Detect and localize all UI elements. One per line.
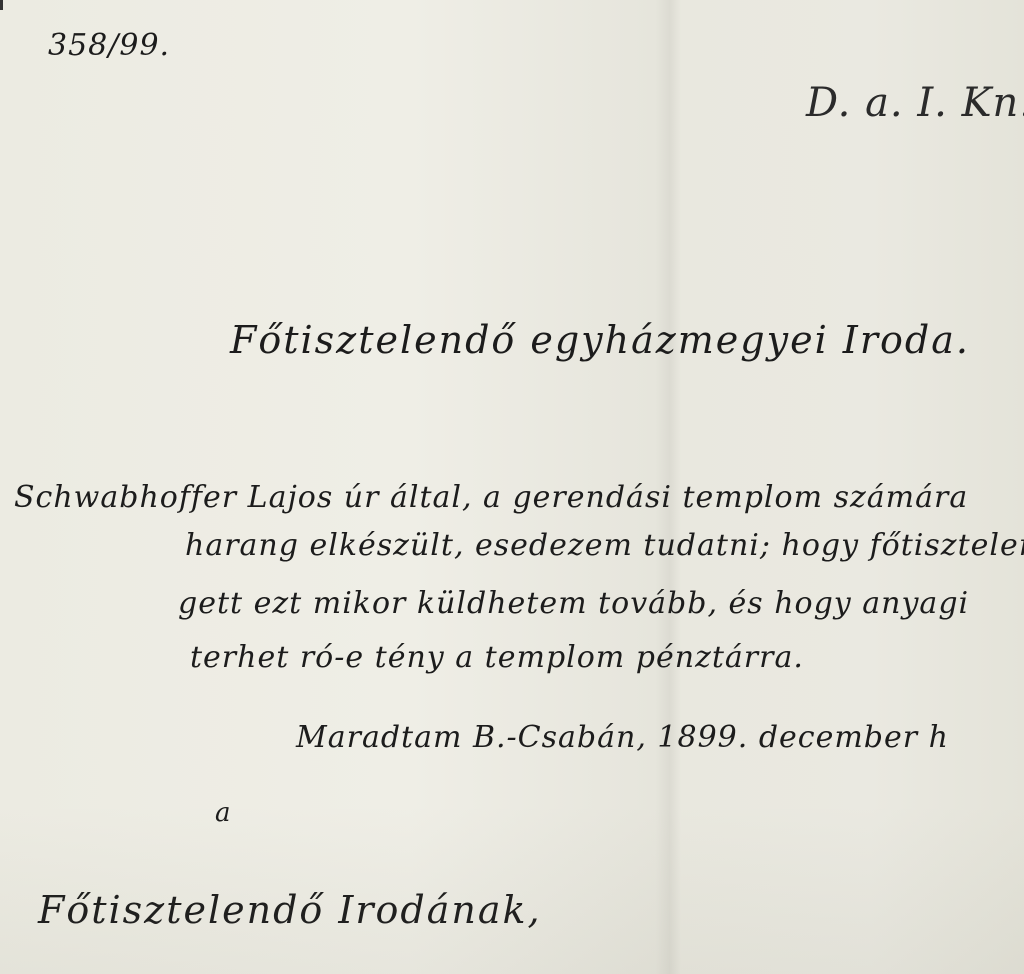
preposition-a: a [215, 798, 232, 828]
body-line-4: terhet ró-e tény a templom pénztárra. [190, 640, 804, 675]
reference-number: 358/99. [48, 28, 170, 63]
body-line-2: harang elkészült, esedezem tudatni; hogy… [185, 528, 1024, 563]
page-edge-shadow [0, 0, 3, 10]
body-line-3: gett ezt mikor küldhetem tovább, és hogy… [178, 586, 969, 621]
addressee: Főtisztelendő Irodának, [38, 888, 542, 932]
date-line: Maradtam B.-Csabán, 1899. december h [296, 720, 949, 755]
initials-mark: D. a. I. Kn. [806, 80, 1024, 126]
salutation-heading: Főtisztelendő egyházmegyei Iroda. [230, 318, 970, 362]
letter-page: 358/99. D. a. I. Kn. Főtisztelendő egyhá… [0, 0, 1024, 974]
body-line-1: Schwabhoffer Lajos úr által, a gerendási… [14, 480, 968, 515]
